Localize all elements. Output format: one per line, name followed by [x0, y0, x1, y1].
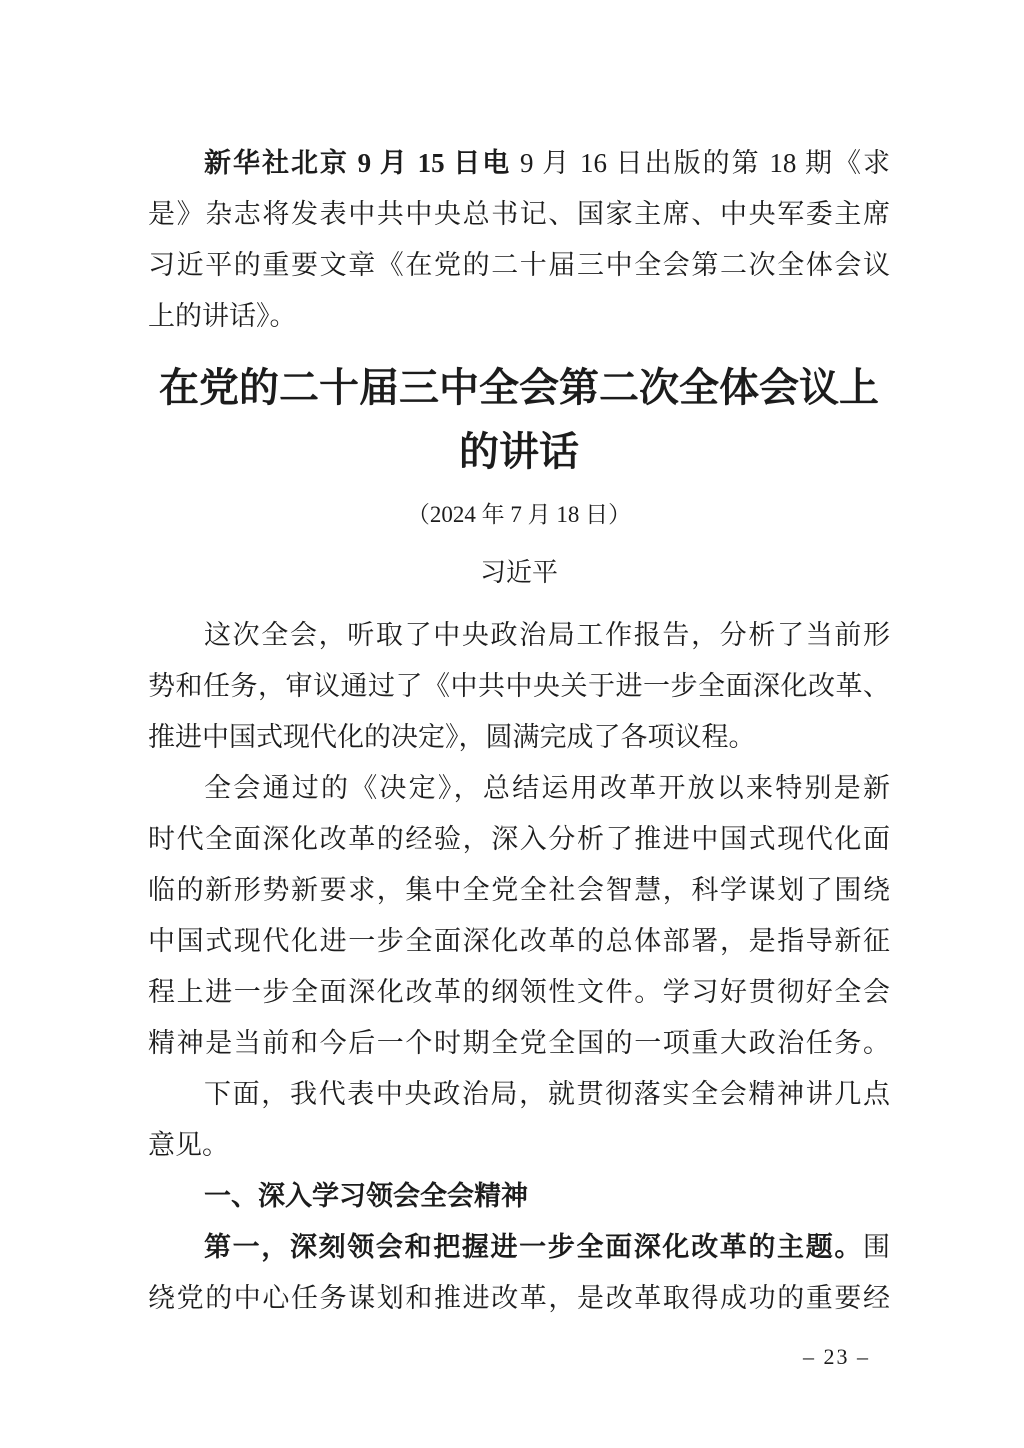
- body-line: 第一，深刻领会和把握进一步全面深化改革的主题。围: [148, 1222, 890, 1273]
- page-number: – 23 –: [803, 1344, 870, 1370]
- body-line: 意见。: [148, 1120, 890, 1171]
- intro-dateline-lead: 新华社北京 9 月 15 日电: [204, 148, 511, 178]
- speech-title-line: 在党的二十届三中全会第二次全体会议上: [148, 356, 890, 420]
- speech-title: 在党的二十届三中全会第二次全体会议上 的讲话: [148, 356, 890, 484]
- point-lead-bold: 第一，深刻领会和把握进一步全面深化改革的主题。: [204, 1232, 863, 1262]
- intro-line: 上的讲话》。: [148, 291, 890, 342]
- body-line: 推进中国式现代化的决定》，圆满完成了各项议程。: [148, 712, 890, 763]
- speech-body: 这次全会，听取了中央政治局工作报告，分析了当前形 势和任务，审议通过了《中共中央…: [148, 610, 890, 1324]
- body-line: 全会通过的《决定》，总结运用改革开放以来特别是新: [148, 763, 890, 814]
- point-line-rest: 围: [863, 1232, 890, 1262]
- page-content: 新华社北京 9 月 15 日电 9 月 16 日出版的第 18 期《求 是》杂志…: [148, 0, 890, 1324]
- body-line: 势和任务，审议通过了《中共中央关于进一步全面深化改革、: [148, 661, 890, 712]
- speech-title-line: 的讲话: [148, 420, 890, 484]
- body-line: 精神是当前和今后一个时期全党全国的一项重大政治任务。: [148, 1018, 890, 1069]
- body-line: 时代全面深化改革的经验，深入分析了推进中国式现代化面: [148, 814, 890, 865]
- body-line: 绕党的中心任务谋划和推进改革，是改革取得成功的重要经: [148, 1273, 890, 1324]
- body-line: 临的新形势新要求，集中全党全社会智慧，科学谋划了围绕: [148, 865, 890, 916]
- body-line: 程上进一步全面深化改革的纲领性文件。学习好贯彻好全会: [148, 967, 890, 1018]
- intro-line: 是》杂志将发表中共中央总书记、国家主席、中央军委主席: [148, 189, 890, 240]
- body-line: 下面，我代表中央政治局，就贯彻落实全会精神讲几点: [148, 1069, 890, 1120]
- body-line: 中国式现代化进一步全面深化改革的总体部署，是指导新征: [148, 916, 890, 967]
- intro-line: 新华社北京 9 月 15 日电 9 月 16 日出版的第 18 期《求: [148, 138, 890, 189]
- speech-date: （2024 年 7 月 18 日）: [148, 500, 890, 530]
- document-page: 新华社北京 9 月 15 日电 9 月 16 日出版的第 18 期《求 是》杂志…: [0, 0, 1024, 1448]
- intro-line: 习近平的重要文章《在党的二十届三中全会第二次全体会议: [148, 240, 890, 291]
- intro-line-rest: 9 月 16 日出版的第 18 期《求: [511, 148, 890, 178]
- intro-paragraph: 新华社北京 9 月 15 日电 9 月 16 日出版的第 18 期《求 是》杂志…: [148, 0, 890, 342]
- section-heading: 一、深入学习领会全会精神: [148, 1171, 890, 1222]
- speech-author: 习近平: [148, 556, 890, 590]
- body-line: 这次全会，听取了中央政治局工作报告，分析了当前形: [148, 610, 890, 661]
